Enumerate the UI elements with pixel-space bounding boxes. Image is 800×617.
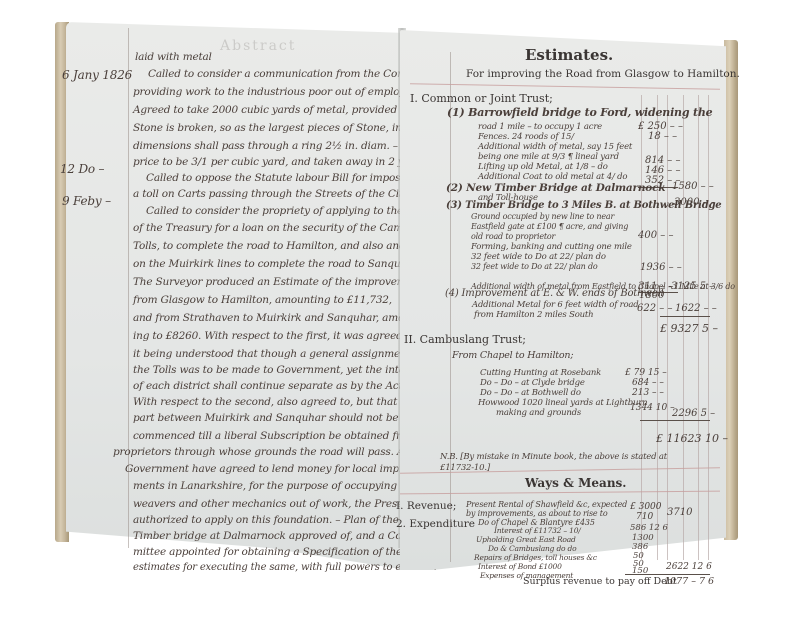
- minute-line: commenced till a liberal Subscription be…: [133, 430, 436, 442]
- estimates-title: Estimates.: [525, 46, 613, 64]
- estimate-detail: 32 feet wide to Do at 22/ plan do: [471, 262, 636, 272]
- estimate-detail: 32 feet wide to Do at 22/ plan do: [471, 252, 606, 262]
- estimate-amount: 684 – –: [632, 378, 664, 388]
- expenditure-detail: Interest of £11732 – 10/: [494, 526, 581, 535]
- minute-line: estimates for executing the same, with f…: [133, 562, 436, 573]
- estimate-detail: making and grounds: [496, 408, 581, 418]
- item-label: (1) Barrowfield bridge to Ford, widening…: [447, 106, 712, 119]
- revenue-detail: Present Rental of Shawfield &c, expected…: [466, 500, 631, 518]
- revenue-amount: £ 3000: [630, 502, 662, 512]
- estimates-subtitle: For improving the Road from Glasgow to H…: [466, 68, 740, 80]
- minute-line: of the Treasury for a loan on the securi…: [133, 222, 444, 234]
- expenditure-detail: Interest of Bond £1000: [478, 562, 562, 571]
- minute-line: providing work to the industrious poor o…: [133, 86, 440, 98]
- estimate-detail: Do – Do – at Clyde bridge: [480, 378, 585, 388]
- estimate-detail: Lifting up old Metal, at 1/8 – do: [478, 162, 608, 172]
- item-label: (3) Timber Bridge to 3 Miles B. at Bothw…: [446, 200, 721, 211]
- estimate-amount: £ 79 15 –: [625, 368, 667, 378]
- estimate-subtotal: 2296 5 –: [672, 408, 715, 419]
- estimate-detail: Additional width of metal, say 15 feet: [478, 142, 632, 152]
- estimate-detail: Additional Metal for 6 feet width of roa…: [472, 300, 639, 310]
- right-margin-rule: [450, 52, 451, 562]
- section-total: £ 9327 5 –: [660, 322, 718, 335]
- expenditure-amount: 586 12 6: [630, 523, 668, 533]
- minute-line: proprietors through whose grounds the ro…: [113, 446, 409, 458]
- minute-line: ments in Lanarkshire, for the purpose of…: [133, 480, 417, 492]
- expenditure-total: 2622 12 6: [666, 562, 712, 572]
- estimate-detail: Ground occupied by new line to near East…: [471, 212, 636, 242]
- estimate-amount: 1344 10 –: [630, 403, 675, 413]
- estimate-detail: Cutting Hunting at Rosebank: [480, 368, 601, 378]
- estimate-amount: 1800: [639, 290, 664, 301]
- minute-line: With respect to the second, also agreed …: [133, 396, 417, 408]
- minute-line: Called to consider the propriety of appl…: [146, 205, 436, 217]
- minute-line: on the Muirkirk lines to complete the ro…: [133, 258, 418, 270]
- minute-line: Timber bridge at Dalmarnock approved of,…: [133, 530, 415, 542]
- section-heading: II. Cambuslang Trust;: [404, 333, 526, 346]
- minute-line: Called to oppose the Statute labour Bill…: [146, 172, 417, 184]
- margin-date: 6 Jany 1826: [62, 68, 132, 82]
- sum-rule: [640, 420, 710, 421]
- expenditure-detail: Upholding Great East Road: [476, 535, 576, 544]
- estimate-detail: road 1 mile – to occupy 1 acre: [478, 122, 602, 132]
- estimate-amount: 400 – –: [638, 230, 673, 241]
- estimate-detail: Fences. 24 roods of 15/: [478, 132, 574, 142]
- estimate-detail: Additional Coat to old metal at 4/ do: [478, 172, 627, 182]
- minute-line: Agreed to take 2000 cubic yards of metal…: [133, 104, 417, 116]
- minute-line: Tolls, to complete the road to Hamilton,…: [133, 240, 426, 252]
- minute-line: ing to £8260. With respect to the first,…: [133, 330, 419, 342]
- minute-line: the Tolls was to be made to Government, …: [133, 364, 430, 376]
- minute-line: weavers and other mechanics out of work,…: [133, 498, 420, 510]
- minute-line: a toll on Carts passing through the Stre…: [133, 188, 409, 200]
- item-label: (4) Improvement at E. & W. ends of Bothw…: [445, 288, 663, 299]
- estimate-amount: 1936 – –: [640, 262, 682, 273]
- ghost-heading-bleedthrough: Abstract: [220, 38, 296, 54]
- expenditure-heading: 2. Expenditure: [396, 518, 475, 530]
- estimate-subtotal: 1580 – –: [672, 181, 714, 192]
- estimate-detail: Forming, banking and cutting one mile: [471, 242, 632, 252]
- margin-date: 9 Feby –: [62, 194, 111, 208]
- sum-rule: [660, 316, 710, 317]
- surplus-label: Surplus revenue to pay off Debt: [523, 576, 677, 587]
- estimate-detail: Do – Do – at Bothwell do: [480, 388, 581, 398]
- minute-line: it being understood that though a genera…: [133, 348, 424, 360]
- minute-line: of each district shall continue separate…: [133, 380, 411, 392]
- minute-line: Government have agreed to lend money for…: [125, 463, 425, 475]
- expenditure-detail: Repairs of Bridges, toll houses &c: [474, 553, 597, 562]
- grand-total: £ 11623 10 –: [656, 432, 728, 445]
- sum-rule: [625, 574, 710, 575]
- estimate-amount: 213 – –: [632, 388, 664, 398]
- minute-line: and from Strathaven to Muirkirk and Sanq…: [133, 312, 425, 324]
- estimate-amount: 622 – –: [637, 303, 672, 314]
- estimate-subtotal: 1622 – –: [675, 303, 717, 314]
- minute-line: authorized to apply on this foundation. …: [133, 514, 399, 526]
- minute-line: part between Muirkirk and Sanquhar shoul…: [133, 412, 398, 424]
- minute-line: laid with metal: [135, 51, 212, 63]
- estimate-subtotal: 3125 5 –: [671, 281, 714, 292]
- margin-date: 12 Do –: [60, 162, 104, 176]
- ways-means-title: Ways & Means.: [525, 476, 626, 490]
- revenue-total: 3710: [667, 507, 692, 518]
- estimate-detail: Howwood 1020 lineal yards at Lightburn: [478, 398, 647, 408]
- surplus-amount: 1077 – 7 6: [664, 576, 714, 587]
- minute-line: price to be 3/1 per cubic yard, and take…: [133, 156, 429, 168]
- estimate-detail: being one mile at 9/3 ¶ lineal yard: [478, 152, 619, 162]
- revenue-heading: I. Revenue;: [396, 500, 456, 512]
- section-heading: I. Common or Joint Trust;: [410, 92, 553, 105]
- minute-line: The Surveyor produced an Estimate of the…: [133, 276, 423, 288]
- revenue-amount: 710: [636, 512, 653, 522]
- estimate-amount: 18 – –: [648, 131, 677, 142]
- open-ledger-book: Abstract 6 Jany 1826 12 Do – 9 Feby – la…: [0, 0, 800, 617]
- section-subheading: From Chapel to Hamilton;: [452, 350, 573, 361]
- minute-line: from Glasgow to Hamilton, amounting to £…: [133, 294, 392, 306]
- estimate-detail: from Hamilton 2 miles South: [474, 310, 593, 320]
- minute-line: dimensions shall pass through a ring 2½ …: [133, 140, 418, 152]
- expenditure-detail: Do & Cambuslang do do: [488, 544, 576, 553]
- amount-column-rule: [641, 95, 642, 560]
